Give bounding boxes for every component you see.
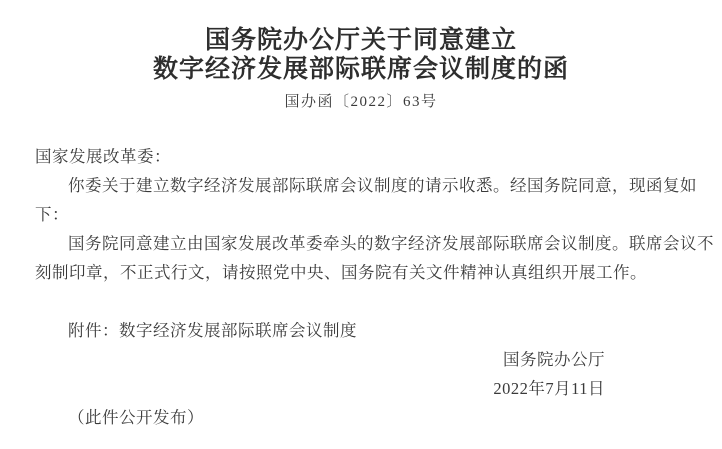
title-line-2: 数字经济发展部际联席会议制度的函 [0, 55, 722, 84]
signature-date: 2022年7月11日 [35, 374, 687, 403]
document-body: 国家发展改革委： 你委关于建立数字经济发展部际联席会议制度的请示收悉。经国务院同… [35, 142, 687, 432]
title-line-1: 国务院办公厅关于同意建立 [0, 26, 722, 55]
document-page: 国务院办公厅关于同意建立 数字经济发展部际联席会议制度的函 国办函〔2022〕6… [0, 0, 722, 449]
publication-note: （此件公开发布） [35, 403, 687, 432]
signature-issuer: 国务院办公厅 [35, 345, 687, 374]
attachment-line: 附件：数字经济发展部际联席会议制度 [35, 316, 687, 345]
document-title: 国务院办公厅关于同意建立 数字经济发展部际联席会议制度的函 [0, 26, 722, 84]
paragraph-2-line-1: 国务院同意建立由国家发展改革委牵头的数字经济发展部际联席会议制度。联席会议不 [35, 229, 687, 258]
salutation: 国家发展改革委： [35, 142, 687, 171]
document-number: 国办函〔2022〕63号 [0, 92, 722, 112]
paragraph-1-line-1: 你委关于建立数字经济发展部际联席会议制度的请示收悉。经国务院同意，现函复如 [35, 171, 687, 200]
paragraph-1-line-2: 下： [35, 200, 687, 229]
spacer-line [35, 287, 687, 316]
paragraph-2-line-2: 刻制印章，不正式行文，请按照党中央、国务院有关文件精神认真组织开展工作。 [35, 258, 687, 287]
